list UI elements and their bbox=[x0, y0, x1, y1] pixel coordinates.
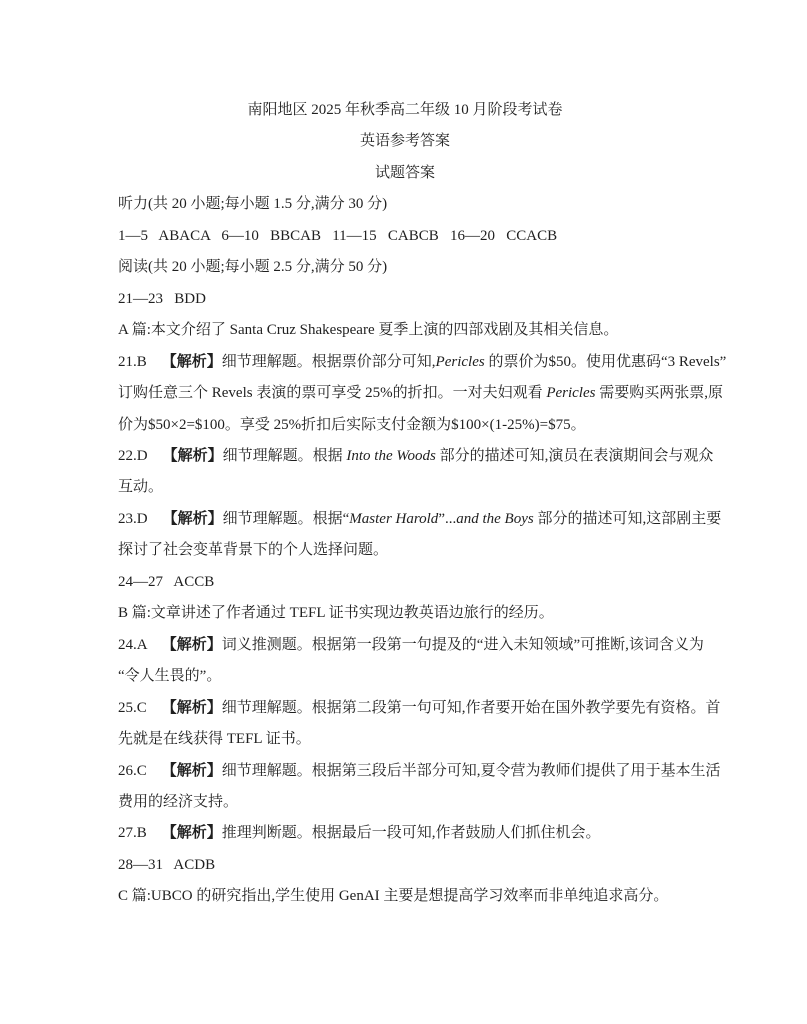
analysis-label: 【解析】 bbox=[163, 511, 223, 527]
explanation-23-line-2: 探讨了社会变革背景下的个人选择问题。 bbox=[118, 535, 692, 566]
text-run: 28—31 ACDB bbox=[118, 857, 215, 873]
text-run: 21.B bbox=[118, 354, 162, 370]
text-run: A 篇:本文介绍了 Santa Cruz Shakespeare 夏季上演的四部… bbox=[118, 322, 618, 338]
answer-key-body: 听力(共 20 小题;每小题 1.5 分,满分 30 分)1—5 ABACA 6… bbox=[118, 189, 692, 912]
text-run: 推理判断题。根据最后一段可知,作者鼓励人们抓住机会。 bbox=[222, 825, 601, 841]
passage-a-summary: A 篇:本文介绍了 Santa Cruz Shakespeare 夏季上演的四部… bbox=[118, 315, 692, 346]
text-run: 需要购买两张票,原 bbox=[595, 385, 723, 401]
explanation-22-line-1: 22.D 【解析】细节理解题。根据 Into the Woods 部分的描述可知… bbox=[118, 441, 692, 472]
text-run: 价为$50×2=$100。享受 25%折扣后实际支付金额为$100×(1-25%… bbox=[118, 417, 586, 433]
document-title: 南阳地区 2025 年秋季高二年级 10 月阶段考试卷 bbox=[118, 95, 692, 126]
text-run: 22.D bbox=[118, 448, 163, 464]
text-run: 订购任意三个 Revels 表演的票可享受 25%的折扣。一对夫妇观看 bbox=[118, 385, 546, 401]
explanation-21-line-2: 订购任意三个 Revels 表演的票可享受 25%的折扣。一对夫妇观看 Peri… bbox=[118, 378, 692, 409]
text-run: C 篇:UBCO 的研究指出,学生使用 GenAI 主要是想提高学习效率而非单纯… bbox=[118, 888, 668, 904]
explanation-24-line-2: “令人生畏的”。 bbox=[118, 661, 692, 692]
analysis-label: 【解析】 bbox=[163, 448, 223, 464]
analysis-label: 【解析】 bbox=[162, 637, 222, 653]
listening-section-header: 听力(共 20 小题;每小题 1.5 分,满分 30 分) bbox=[118, 189, 692, 220]
italic-title-text: Into the Woods bbox=[346, 448, 435, 464]
passage-b-summary: B 篇:文章讲述了作者通过 TEFL 证书实现边教英语边旅行的经历。 bbox=[118, 598, 692, 629]
text-run: 先就是在线获得 TEFL 证书。 bbox=[118, 731, 311, 747]
analysis-label: 【解析】 bbox=[162, 763, 222, 779]
listening-answers: 1—5 ABACA 6—10 BBCAB 11—15 CABCB 16—20 C… bbox=[118, 221, 692, 252]
explanation-25-line-2: 先就是在线获得 TEFL 证书。 bbox=[118, 724, 692, 755]
text-run: 1—5 ABACA 6—10 BBCAB 11—15 CABCB 16—20 C… bbox=[118, 228, 557, 244]
text-run: 25.C bbox=[118, 700, 162, 716]
explanation-21-line-1: 21.B 【解析】细节理解题。根据票价部分可知,Pericles 的票价为$50… bbox=[118, 347, 692, 378]
explanation-26-line-1: 26.C 【解析】细节理解题。根据第三段后半部分可知,夏令营为教师们提供了用于基… bbox=[118, 756, 692, 787]
text-run: 费用的经济支持。 bbox=[118, 794, 238, 810]
italic-title-text: and the Boys bbox=[456, 511, 533, 527]
text-run: 部分的描述可知,演员在表演期间会与观众 bbox=[436, 448, 714, 464]
explanation-24-line-1: 24.A 【解析】词义推测题。根据第一段第一句提及的“进入未知领域”可推断,该词… bbox=[118, 630, 692, 661]
text-run: 24—27 ACCB bbox=[118, 574, 214, 590]
explanation-26-line-2: 费用的经济支持。 bbox=[118, 787, 692, 818]
text-run: 23.D bbox=[118, 511, 163, 527]
text-run: B 篇:文章讲述了作者通过 TEFL 证书实现边教英语边旅行的经历。 bbox=[118, 605, 554, 621]
answer-key-page: 南阳地区 2025 年秋季高二年级 10 月阶段考试卷 英语参考答案 试题答案 … bbox=[0, 0, 807, 1024]
italic-title-text: Pericles bbox=[436, 354, 485, 370]
explanation-27: 27.B 【解析】推理判断题。根据最后一段可知,作者鼓励人们抓住机会。 bbox=[118, 818, 692, 849]
text-run: “令人生畏的”。 bbox=[118, 668, 221, 684]
answers-28-31: 28—31 ACDB bbox=[118, 850, 692, 881]
text-run: 听力(共 20 小题;每小题 1.5 分,满分 30 分) bbox=[118, 196, 387, 212]
answers-24-27: 24—27 ACCB bbox=[118, 567, 692, 598]
explanation-23-line-1: 23.D 【解析】细节理解题。根据“Master Harold”...and t… bbox=[118, 504, 692, 535]
analysis-label: 【解析】 bbox=[162, 354, 222, 370]
text-run: 26.C bbox=[118, 763, 162, 779]
text-run: 互动。 bbox=[118, 479, 163, 495]
text-run: 细节理解题。根据“ bbox=[223, 511, 350, 527]
text-run: 的票价为$50。使用优惠码“3 Revels” bbox=[485, 354, 727, 370]
text-run: 27.B bbox=[118, 825, 162, 841]
italic-title-text: Pericles bbox=[546, 385, 595, 401]
text-run: 阅读(共 20 小题;每小题 2.5 分,满分 50 分) bbox=[118, 259, 387, 275]
answers-21-23: 21—23 BDD bbox=[118, 284, 692, 315]
explanation-22-line-2: 互动。 bbox=[118, 472, 692, 503]
text-run: 24.A bbox=[118, 637, 162, 653]
text-run: 细节理解题。根据第二段第一句可知,作者要开始在国外教学要先有资格。首 bbox=[222, 700, 721, 716]
text-run: 21—23 BDD bbox=[118, 291, 206, 307]
passage-c-summary: C 篇:UBCO 的研究指出,学生使用 GenAI 主要是想提高学习效率而非单纯… bbox=[118, 881, 692, 912]
document-subtitle-test-answers: 试题答案 bbox=[118, 158, 692, 189]
text-run: 词义推测题。根据第一段第一句提及的“进入未知领域”可推断,该词含义为 bbox=[222, 637, 704, 653]
text-run: 探讨了社会变革背景下的个人选择问题。 bbox=[118, 542, 388, 558]
text-run: 细节理解题。根据 bbox=[223, 448, 347, 464]
explanation-25-line-1: 25.C 【解析】细节理解题。根据第二段第一句可知,作者要开始在国外教学要先有资… bbox=[118, 693, 692, 724]
document-subtitle-english-reference-answers: 英语参考答案 bbox=[118, 126, 692, 157]
reading-section-header: 阅读(共 20 小题;每小题 2.5 分,满分 50 分) bbox=[118, 252, 692, 283]
text-run: 细节理解题。根据第三段后半部分可知,夏令营为教师们提供了用于基本生活 bbox=[222, 763, 721, 779]
italic-title-text: Master Harold bbox=[349, 511, 438, 527]
analysis-label: 【解析】 bbox=[162, 700, 222, 716]
text-run: 细节理解题。根据票价部分可知, bbox=[222, 354, 436, 370]
analysis-label: 【解析】 bbox=[162, 825, 222, 841]
text-run: 部分的描述可知,这部剧主要 bbox=[534, 511, 722, 527]
text-run: ”... bbox=[438, 511, 456, 527]
explanation-21-line-3: 价为$50×2=$100。享受 25%折扣后实际支付金额为$100×(1-25%… bbox=[118, 410, 692, 441]
